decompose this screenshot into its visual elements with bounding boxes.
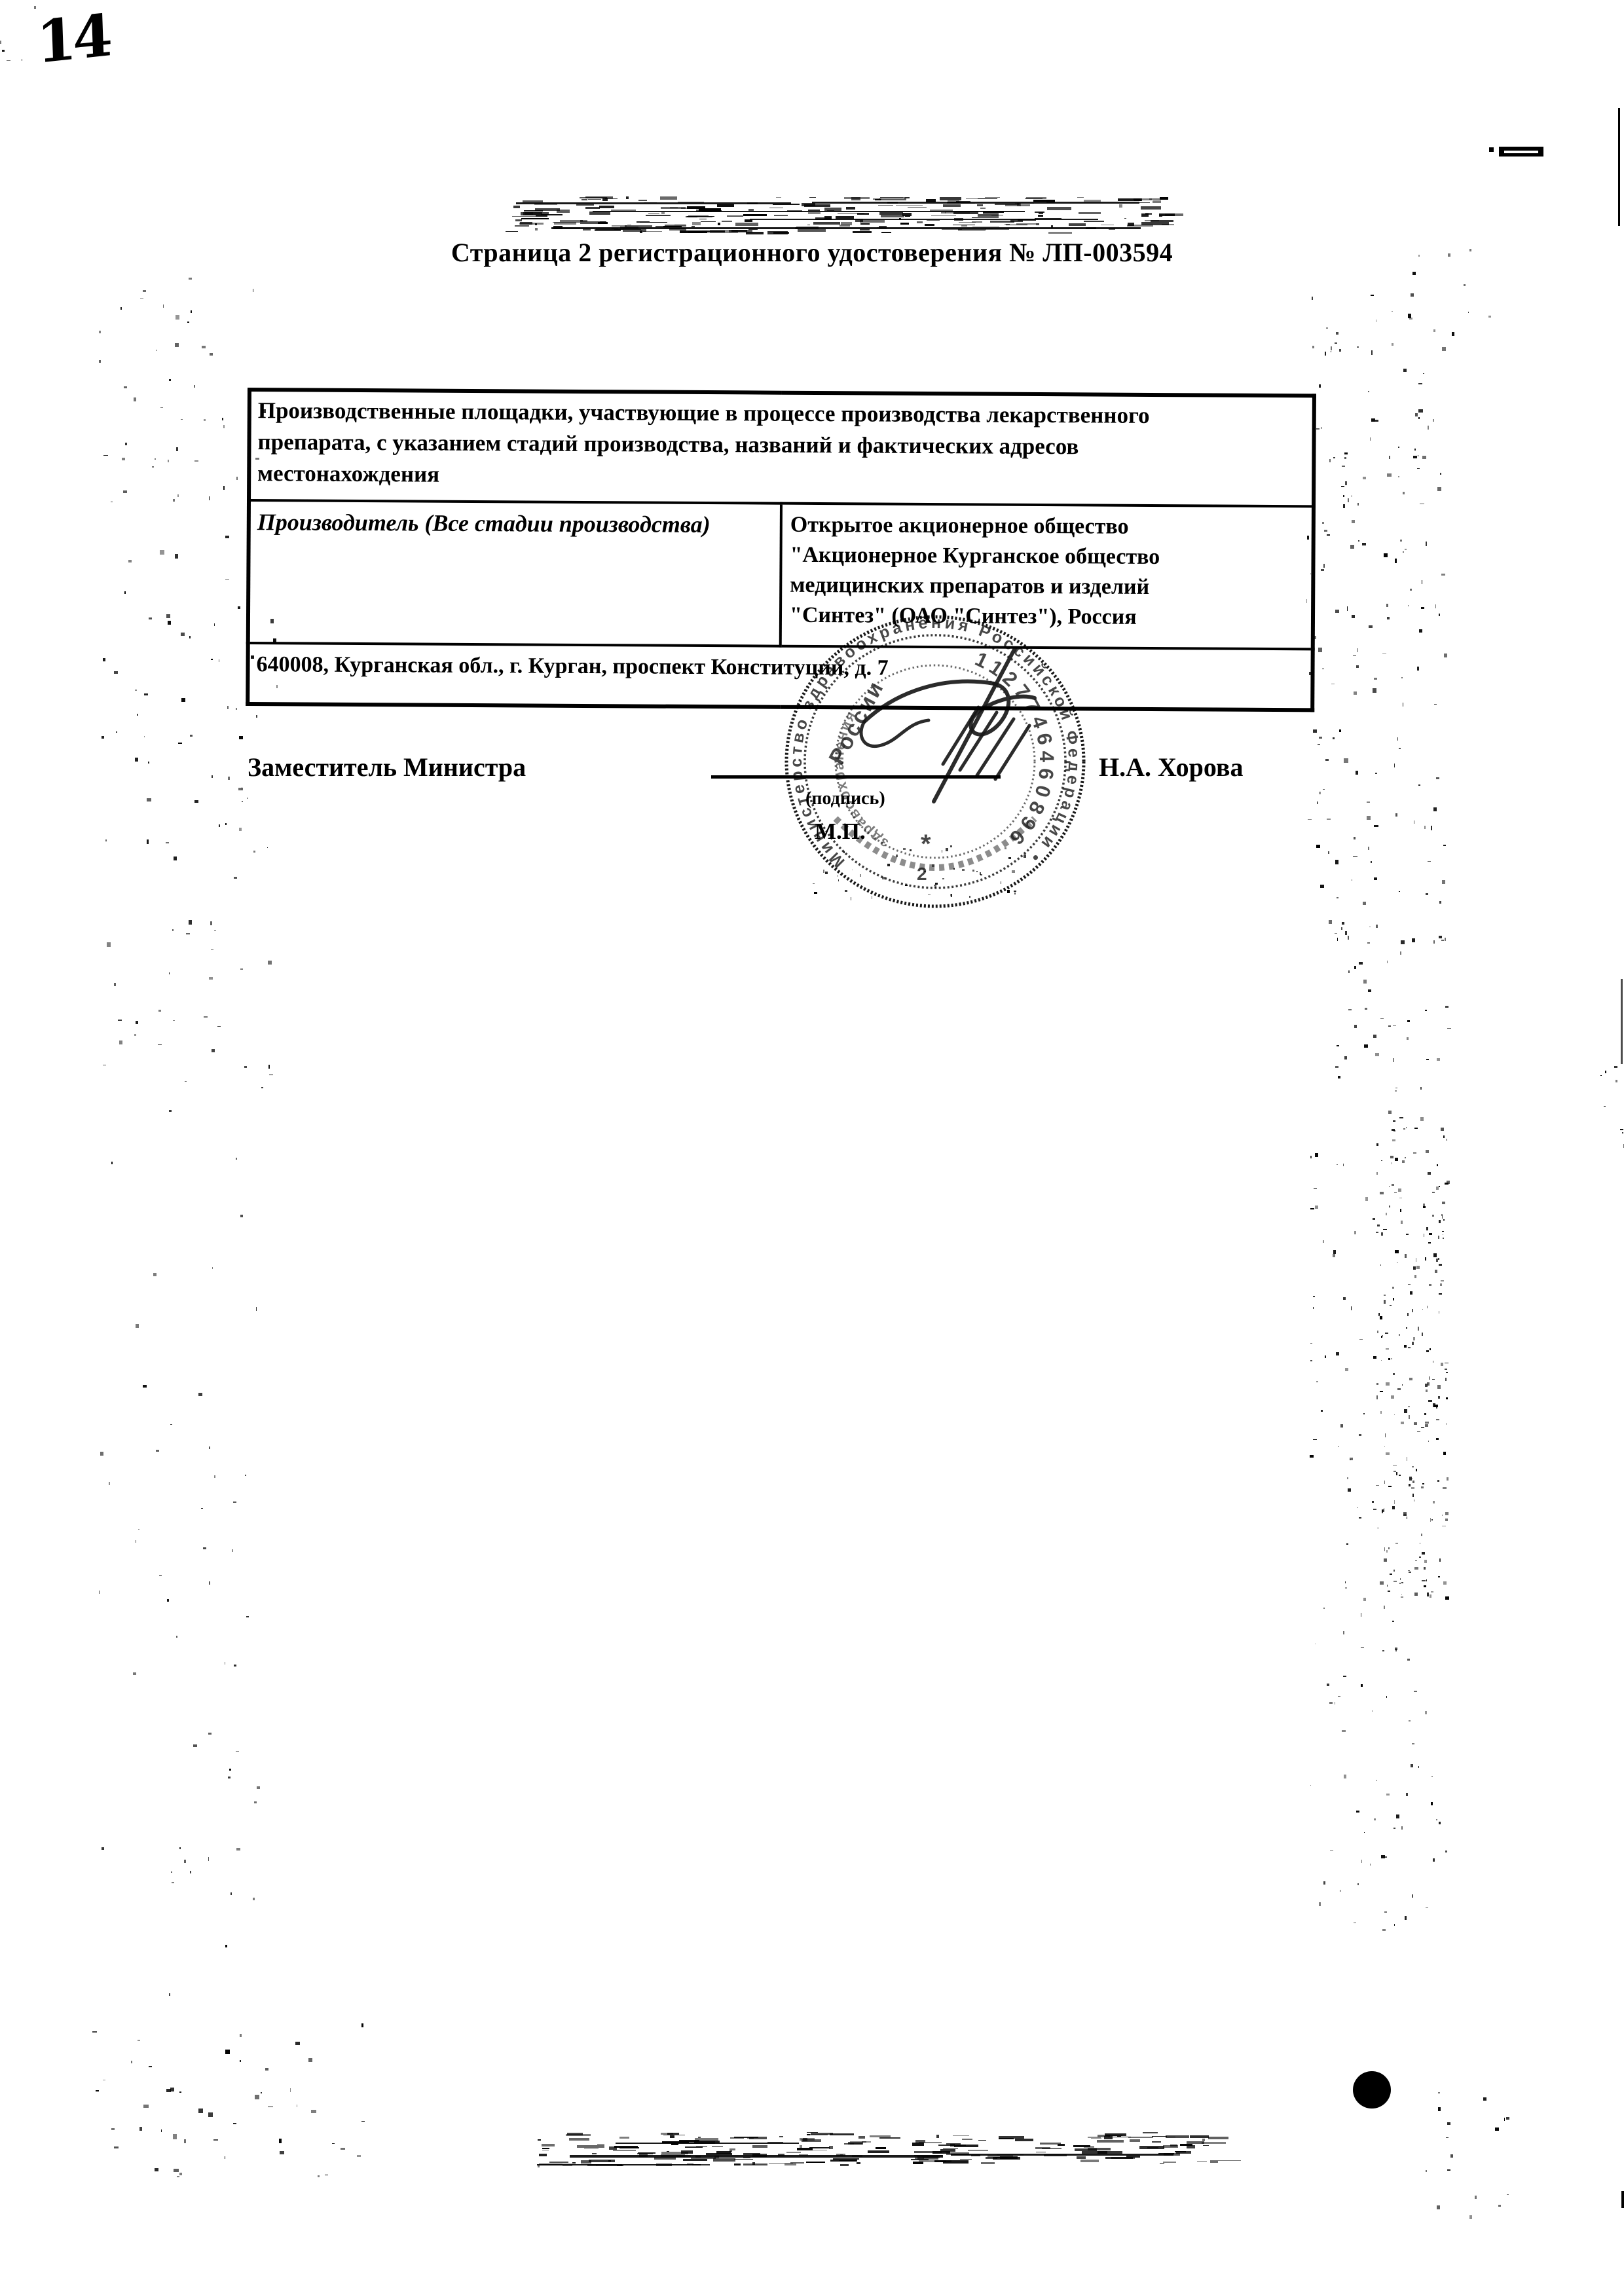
address-row: 640008, Курганская обл., г. Курган, прос… bbox=[248, 643, 1313, 710]
table-caption-row: Производственные площадки, участвующие в… bbox=[249, 390, 1314, 506]
signer-position: Заместитель Министра bbox=[248, 752, 526, 783]
production-sites-table: Производственные площадки, участвующие в… bbox=[246, 388, 1316, 712]
handwritten-page-number-text: 14 bbox=[35, 1, 111, 77]
stamp-place-caption: М.П. bbox=[815, 819, 866, 845]
manufacturer-label-cell: Производитель (Все стадии производства) bbox=[248, 500, 781, 646]
scan-line-right-edge-middle bbox=[1621, 979, 1623, 1064]
document-page: 14 Страница 2 регистрационного удостовер… bbox=[0, 0, 1624, 2284]
scan-line-right-edge-top bbox=[1618, 108, 1620, 226]
table-wrapper: Производственные площадки, участвующие в… bbox=[246, 388, 1316, 712]
manufacturer-row: Производитель (Все стадии производства) … bbox=[248, 500, 1314, 649]
handwritten-page-number: 14 bbox=[34, 1, 113, 80]
scan-mark-top-right bbox=[1499, 147, 1543, 157]
stamp-star-mark: * bbox=[921, 830, 931, 858]
signature-line bbox=[711, 775, 1001, 779]
scan-speck-top-right bbox=[1489, 147, 1494, 152]
signature-caption: (подпись) bbox=[805, 788, 885, 809]
manufacturer-value-cell: Открытое акционерное общество "Акционерн… bbox=[781, 504, 1314, 650]
page-header: Страница 2 регистрационного удостоверени… bbox=[0, 237, 1624, 268]
table-caption-cell: Производственные площадки, участвующие в… bbox=[249, 390, 1314, 506]
scan-black-dot bbox=[1353, 2071, 1391, 2109]
address-cell: 640008, Курганская обл., г. Курган, прос… bbox=[248, 643, 1313, 710]
scan-noise-layer bbox=[0, 0, 1624, 2284]
scan-line-right-edge-bottom bbox=[1621, 2191, 1624, 2208]
signer-name: Н.А. Хорова bbox=[1099, 752, 1244, 783]
